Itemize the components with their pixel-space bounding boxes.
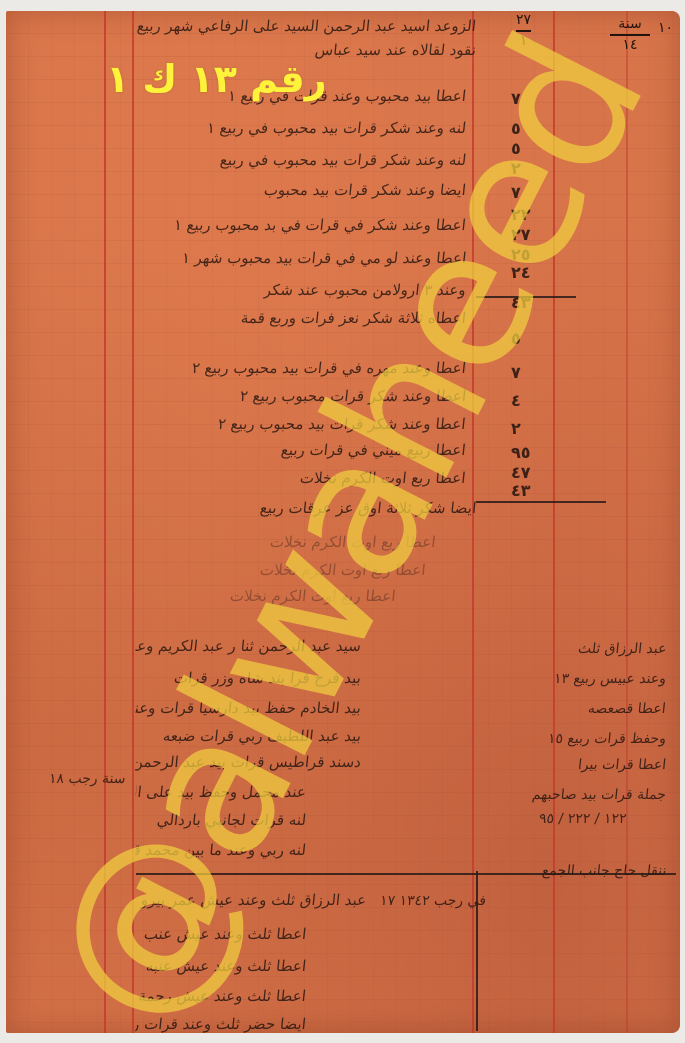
margin-note: ١٢٢ / ٢٢٢ / ٩٥ bbox=[538, 811, 627, 827]
handwritten-line: الزوعد اسيد عبد الرحمن السيد على الرفاعي… bbox=[136, 17, 477, 35]
page-fraction-right: سنة ١٤ bbox=[610, 17, 650, 54]
sum-line bbox=[476, 501, 606, 503]
margin-note: اعطا قرات بيرا bbox=[577, 757, 667, 773]
amount: ٤٣ bbox=[511, 481, 531, 500]
page-corner-number: ١٠ bbox=[658, 21, 673, 36]
document-page: ٢٧ ١ سنة ١٤ ١٠ الزوعد اسيد عبد الرحمن ال… bbox=[6, 11, 680, 1033]
margin-note: وحفظ قرات ربيع ١٥ bbox=[547, 731, 667, 747]
document-number-label: رقم ١٣ ك ١ bbox=[106, 57, 327, 101]
margin-note: اعطا قصعصه bbox=[587, 701, 666, 717]
fraction-bottom: ١٤ bbox=[622, 37, 637, 53]
amount: ٩٥ bbox=[511, 443, 531, 462]
column-divider bbox=[476, 871, 478, 1031]
margin-note: عبد الرزاق ثلث bbox=[577, 641, 667, 657]
margin-note: في رجب ١٣٤٢ ١٧ bbox=[379, 893, 487, 909]
margin-note: جملة قرات بيد صاحبهم bbox=[531, 787, 667, 803]
handwritten-line: نقود لقالاه عند سيد عباس bbox=[314, 41, 477, 59]
margin-note: وعند عبيس ربيع ١٣ bbox=[553, 671, 667, 687]
margin-note: ننقل حاج جانب الجمع bbox=[541, 863, 667, 879]
amount: ٤٧ bbox=[511, 463, 531, 482]
fraction-top: سنة bbox=[618, 16, 641, 32]
